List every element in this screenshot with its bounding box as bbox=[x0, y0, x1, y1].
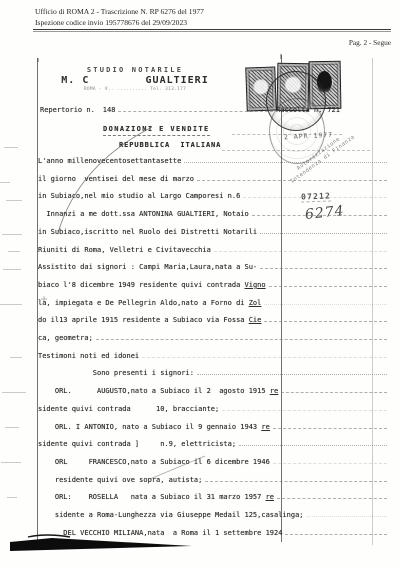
dashed-leader bbox=[239, 445, 387, 446]
registry-row: Repertorio n. 148 Raccolta n. 721 bbox=[40, 106, 340, 114]
dashed-leader bbox=[222, 150, 370, 151]
margin-artifact bbox=[3, 269, 21, 270]
typed-line: L'anno millenovecentosettantasette bbox=[38, 157, 390, 169]
typed-line: ORL. AUGUSTO,nato a Subiaco il 2 agosto … bbox=[38, 387, 390, 399]
typed-line-text: Riuniti di Roma, Velletri e Civitavecchi… bbox=[38, 246, 211, 254]
dashed-leader bbox=[197, 374, 387, 375]
typed-line: DEL VECCHIO MILIANA,nata a Roma il 1 set… bbox=[38, 529, 390, 541]
margin-artifact bbox=[0, 304, 22, 305]
typed-line-text: ca, geometra; bbox=[38, 334, 93, 342]
dashed-leader bbox=[277, 498, 387, 499]
typed-line: ca, geometra; bbox=[38, 334, 390, 346]
typed-line-underlined-tail: re bbox=[270, 387, 278, 395]
typed-line: ORL. I ANTONIO, nato a Subiaco il 9 genn… bbox=[38, 423, 390, 435]
dashed-leader bbox=[214, 251, 387, 252]
dashed-leader bbox=[205, 481, 387, 482]
dashed-leader bbox=[184, 162, 387, 163]
typed-line-text: Innanzi a me dott.ssa ANTONINA GUALTIERI… bbox=[38, 210, 249, 218]
margin-artifact bbox=[1, 462, 21, 463]
typed-line-text: Testimoni noti ed idonei bbox=[38, 352, 139, 360]
typed-line-text: do il13 aprile 1915 residente a Subiaco … bbox=[38, 316, 249, 324]
typed-line-text: Sono presenti i signori: bbox=[38, 369, 194, 377]
typed-line-text: sidente a Roma-Lunghezza via Giuseppe Me… bbox=[38, 511, 304, 519]
typed-line-underlined-tail: Zol bbox=[249, 299, 262, 307]
typed-line: Sono presenti i signori: bbox=[38, 369, 390, 381]
typed-line-text: residente quivi ove sopra, autista; bbox=[38, 476, 202, 484]
typed-line: do il13 aprile 1915 residente a Subiaco … bbox=[38, 316, 390, 328]
page-indicator: Pag. 2 - Segue bbox=[349, 38, 391, 47]
typed-line: sidente quivi contrada 10, bracciante; bbox=[38, 405, 390, 417]
typed-line-text: la, impiegata e De Pellegrin Aldo,nato a… bbox=[38, 299, 249, 307]
margin-artifact bbox=[2, 392, 26, 393]
letterhead-name: M. C GUALTIERI bbox=[60, 75, 210, 86]
dashed-leader bbox=[264, 321, 387, 322]
dashed-leader bbox=[118, 111, 273, 112]
dashed-leader bbox=[264, 304, 387, 305]
margin-artifact bbox=[2, 234, 22, 235]
dashed-leader bbox=[222, 410, 387, 411]
typed-line: Riuniti di Roma, Velletri e Civitavecchi… bbox=[38, 246, 390, 258]
typed-line: sidente quivi contrada ] n.9, elettricis… bbox=[38, 440, 390, 452]
dashed-leader bbox=[273, 428, 387, 429]
typed-line-underlined-tail: re bbox=[266, 493, 274, 501]
typed-line: ORL: ROSELLA nata a Subiaco il 31 marzo … bbox=[38, 493, 390, 505]
margin-artifact bbox=[5, 427, 19, 428]
typed-line-text: L'anno millenovecentosettantasette bbox=[38, 157, 181, 165]
raccolta-label: Raccolta n. bbox=[276, 106, 322, 114]
typed-line-text: DEL VECCHIO MILIANA,nata a Roma il 1 set… bbox=[38, 529, 282, 537]
typed-line: in Subiaco,nel mio studio al Largo Campo… bbox=[38, 192, 390, 204]
deed-title: DONAZIONI E VENDITE bbox=[103, 125, 210, 136]
typed-line-text: in Subiaco,iscritto nel Ruolo dei Distre… bbox=[38, 228, 257, 236]
dashed-leader bbox=[142, 357, 387, 358]
scanned-document-page: Ufficio di ROMA 2 - Trascrizione N. RP 6… bbox=[0, 0, 400, 566]
letterhead-studio: STUDIO NOTARILE bbox=[60, 66, 210, 74]
margin-artifact bbox=[8, 251, 20, 252]
header-divider-shadow bbox=[33, 31, 391, 32]
typed-line-text: ORL: ROSELLA nata a Subiaco il 31 marzo … bbox=[38, 493, 266, 501]
dashed-leader bbox=[252, 215, 387, 216]
scan-area: STUDIO NOTARILE M. C GUALTIERI ROMA - V.… bbox=[0, 50, 400, 566]
dashed-leader bbox=[269, 286, 387, 287]
typed-line: Testimoni noti ed idonei bbox=[38, 352, 390, 364]
dashed-leader bbox=[243, 197, 387, 198]
date-stamp: 2 APR 1977 bbox=[284, 131, 333, 142]
typed-line: la, impiegata e De Pellegrin Aldo,nato a… bbox=[38, 299, 390, 311]
typed-line: biaco l'8 dicembre 1949 residente quivi … bbox=[38, 281, 390, 293]
typed-line-text: biaco l'8 dicembre 1949 residente quivi … bbox=[38, 281, 245, 289]
typed-line-underlined-tail: re bbox=[261, 423, 269, 431]
typed-line-text: sidente quivi contrada 10, bracciante; bbox=[38, 405, 219, 413]
typed-line: residente quivi ove sopra, autista; bbox=[38, 476, 390, 488]
typed-line-text: in Subiaco,nel mio studio al Largo Campo… bbox=[38, 192, 240, 200]
typed-line-underlined-tail: Cie bbox=[249, 316, 262, 324]
margin-artifact bbox=[6, 200, 22, 201]
header-divider bbox=[33, 29, 391, 30]
dashed-leader bbox=[281, 392, 387, 393]
margin-artifact bbox=[0, 182, 10, 183]
typed-line-text: ORL. I ANTONIO, nato a Subiaco il 9 genn… bbox=[38, 423, 261, 431]
typed-line-text: ORL FRANCESCO,nato a Subiaco il 6 dicemb… bbox=[38, 458, 270, 466]
dashed-leader bbox=[307, 516, 387, 517]
typed-line: il giorno ventisei del mese di marzo bbox=[38, 175, 390, 187]
typed-line-text: ORL. AUGUSTO,nato a Subiaco il 2 agosto … bbox=[38, 387, 270, 395]
republic-heading: REPUBBLICA ITALIANA bbox=[119, 141, 221, 149]
typed-line-text: sidente quivi contrada ] n.9, elettricis… bbox=[38, 440, 236, 448]
typed-line: Innanzi a me dott.ssa ANTONINA GUALTIERI… bbox=[38, 210, 390, 222]
typed-line: Assistito dai signori : Campi Maria,Laur… bbox=[38, 263, 390, 275]
typed-line-underlined-tail: Vigno bbox=[245, 281, 266, 289]
transcription-header: Ufficio di ROMA 2 - Trascrizione N. RP 6… bbox=[35, 7, 391, 28]
dashed-leader bbox=[260, 233, 387, 234]
typed-line-text: Assistito dai signori : Campi Maria,Laur… bbox=[38, 263, 257, 271]
dashed-leader bbox=[260, 268, 387, 269]
dashed-leader bbox=[285, 534, 387, 535]
typed-line: sidente a Roma-Lunghezza via Giuseppe Me… bbox=[38, 511, 390, 523]
repertorio-value: 148 bbox=[103, 106, 116, 114]
dashed-leader bbox=[197, 180, 387, 181]
repertorio-label: Repertorio n. bbox=[40, 106, 95, 114]
typed-line: in Subiaco,iscritto nel Ruolo dei Distre… bbox=[38, 228, 390, 240]
margin-artifact bbox=[7, 497, 17, 498]
notary-letterhead: STUDIO NOTARILE M. C GUALTIERI ROMA - V.… bbox=[60, 66, 210, 92]
dashed-leader bbox=[273, 463, 387, 464]
typed-line: ORL FRANCESCO,nato a Subiaco il 6 dicemb… bbox=[38, 458, 390, 470]
header-inspection-line: Ispezione codice invio 195778676 del 29/… bbox=[35, 18, 391, 29]
typed-line-text: il giorno ventisei del mese di marzo bbox=[38, 175, 194, 183]
margin-artifact bbox=[4, 147, 18, 148]
letterhead-address: ROMA - V.. .......... Tel. 313.177 bbox=[60, 87, 210, 92]
dashed-leader bbox=[96, 339, 387, 340]
header-office-line: Ufficio di ROMA 2 - Trascrizione N. RP 6… bbox=[35, 7, 391, 18]
raccolta-value: 721 bbox=[327, 106, 340, 114]
margin-artifact bbox=[10, 357, 22, 358]
